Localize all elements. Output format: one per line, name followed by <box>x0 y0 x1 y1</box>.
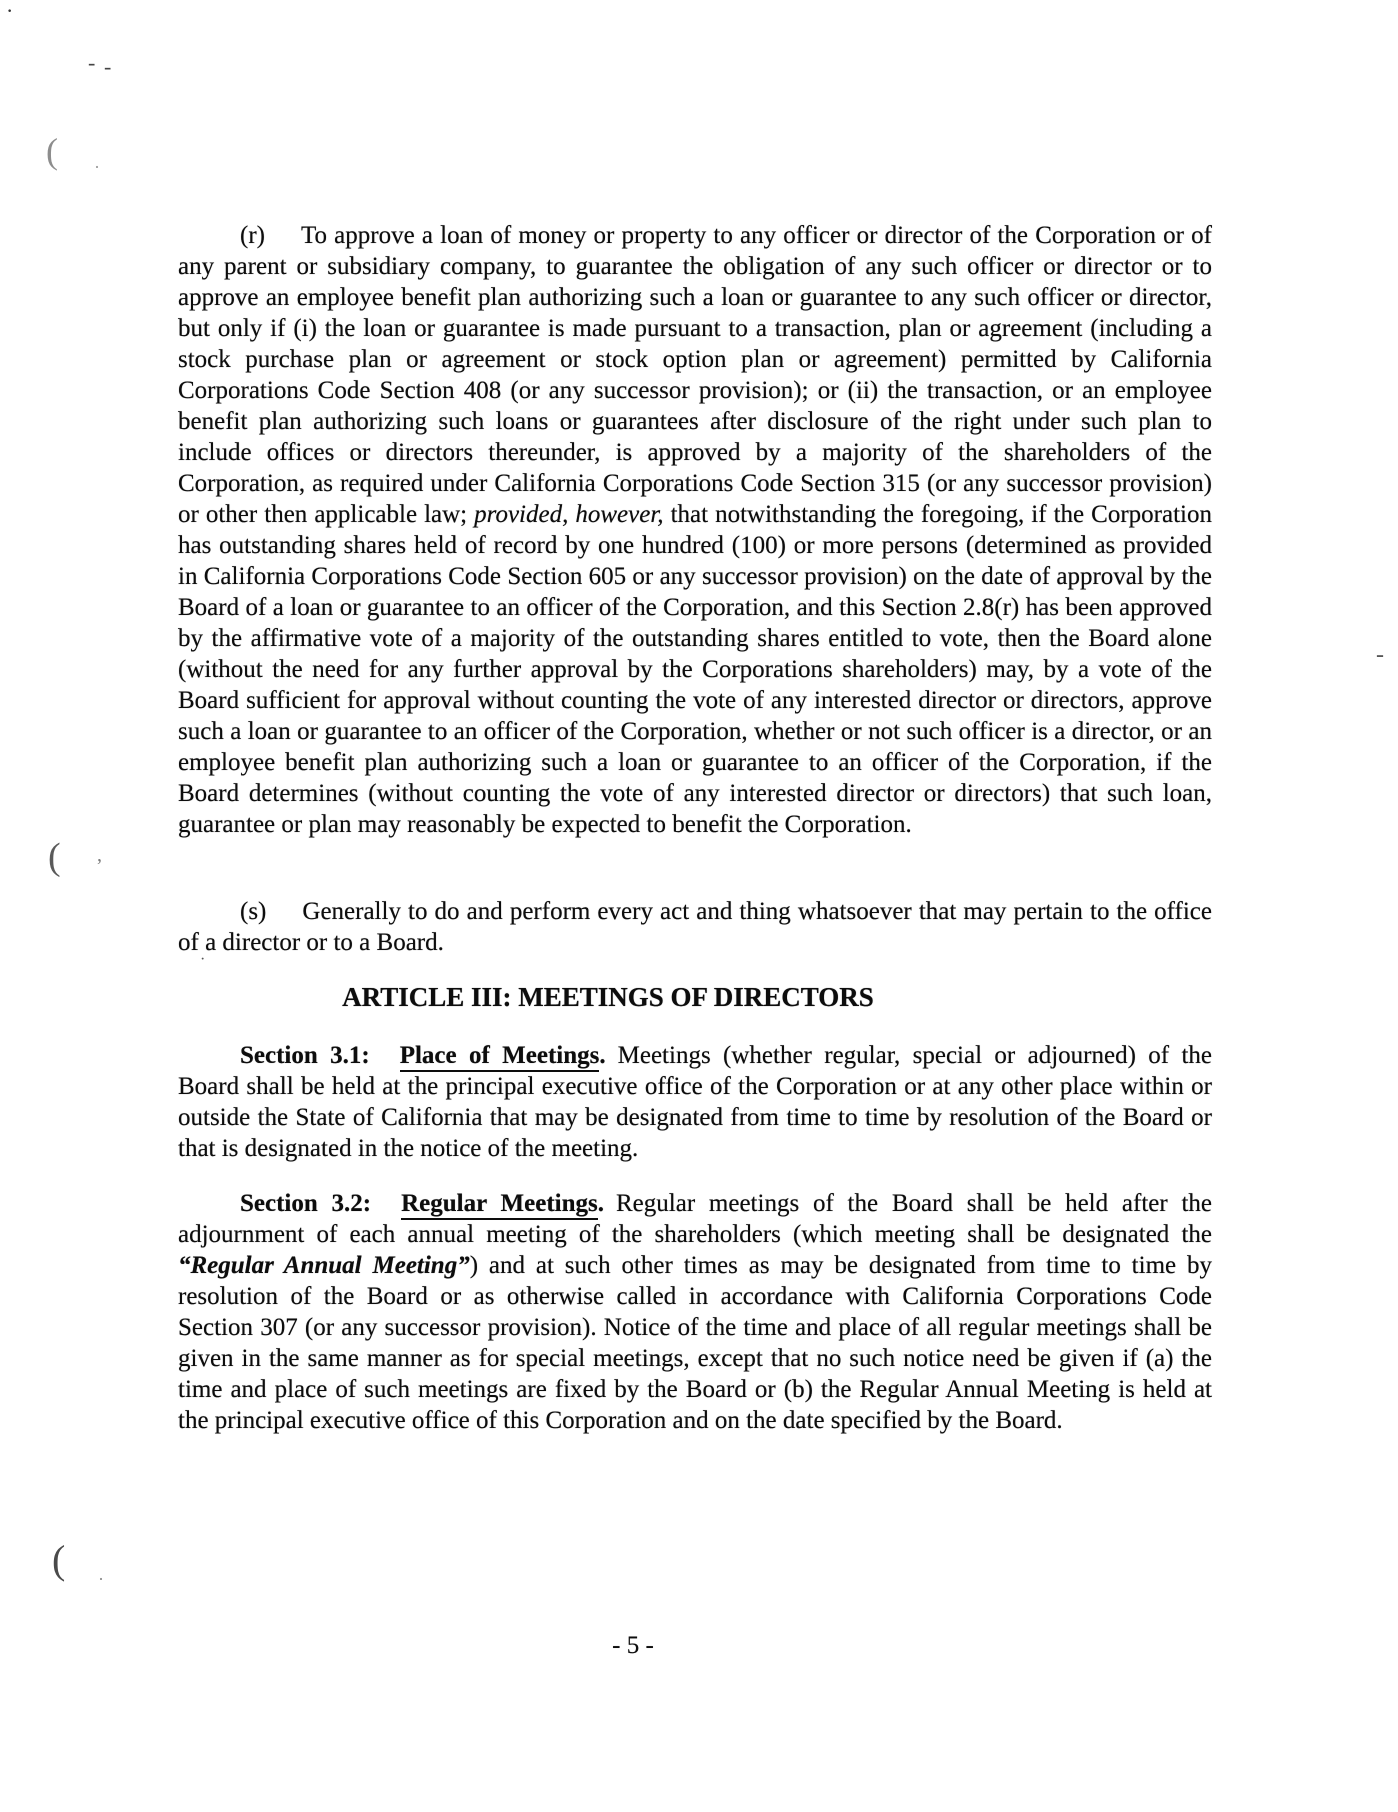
margin-paren-mid-icon: ( <box>48 838 61 876</box>
margin-paren-top-icon: ( <box>46 133 58 169</box>
margin-speck-bottom-icon: · <box>98 1570 104 1588</box>
section-3-1-title-period: . <box>599 1042 605 1069</box>
section-3-1-paragraph: Section 3.1:Place of Meetings.Meetings (… <box>178 1040 1212 1164</box>
article-heading: ARTICLE III: MEETINGS OF DIRECTORS <box>178 982 1038 1013</box>
section-3-2-number: Section 3.2: <box>240 1190 371 1217</box>
paragraph-s: (s)Generally to do and perform every act… <box>178 896 1212 958</box>
section-3-2-paragraph: Section 3.2:Regular Meetings.Regular mee… <box>178 1188 1212 1436</box>
page-number: - 5 - <box>0 1632 1266 1660</box>
paragraph-r: (r)To approve a loan of money or propert… <box>178 220 1212 840</box>
document-page: (r)To approve a loan of money or propert… <box>0 0 1398 1812</box>
margin-paren-bottom-icon: ( <box>52 1540 65 1580</box>
speck-dash-2-icon: - <box>104 56 111 78</box>
paragraph-r-text: To approve a loan of money or property t… <box>178 222 1212 838</box>
paragraph-s-label: (s) <box>240 898 266 925</box>
speck-dash-1-icon: - <box>88 52 95 74</box>
margin-speck-top-icon: · <box>94 158 100 176</box>
section-3-1-number: Section 3.1: <box>240 1042 370 1069</box>
section-3-1-title: Place of Meetings <box>400 1042 600 1072</box>
margin-comma-mid-icon: , <box>97 845 102 865</box>
edge-dash-right-icon: - <box>1376 643 1384 667</box>
paragraph-s-text: Generally to do and perform every act an… <box>178 898 1212 956</box>
section-3-2-title: Regular Meetings <box>401 1190 598 1220</box>
section-3-2-title-period: . <box>598 1190 604 1217</box>
paragraph-r-label: (r) <box>240 222 265 249</box>
section-3-2-body: Regular meetings of the Board shall be h… <box>178 1190 1212 1434</box>
speck-top-left-icon: · <box>6 0 13 22</box>
